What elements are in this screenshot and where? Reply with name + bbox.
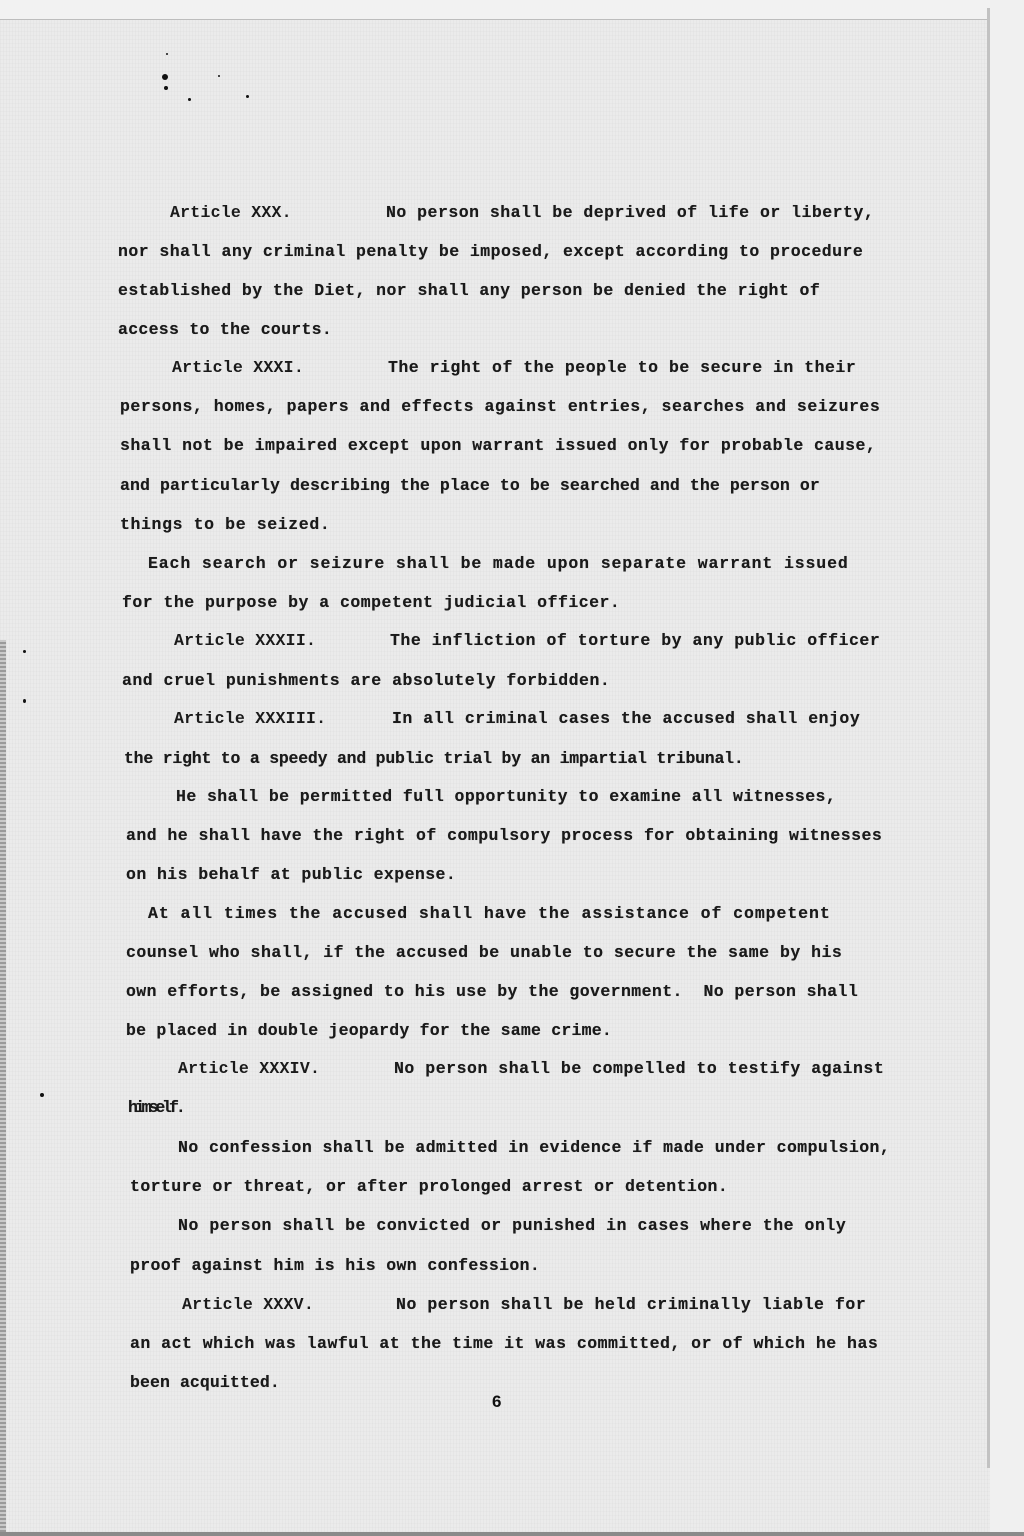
article-xxx-line: No person shall be deprived of life or l… — [386, 203, 874, 223]
article-xxxi-label: Article XXXI. — [172, 358, 304, 378]
article-xxx-label: Article XXX. — [170, 203, 292, 223]
article-xxxiv-label: Article XXXIV. — [178, 1059, 320, 1079]
article-xxxii-line: The infliction of torture by any public … — [390, 631, 880, 651]
article-xxxiv-paragraph-line: proof against him is his own confession. — [130, 1256, 540, 1276]
article-xxxiii-paragraph-line: At all times the accused shall have the … — [148, 904, 831, 924]
article-xxxiii-label: Article XXXIII. — [174, 709, 326, 729]
article-xxxv-line: an act which was lawful at the time it w… — [130, 1334, 878, 1354]
article-xxxiv-paragraph-line: torture or threat, or after prolonged ar… — [130, 1177, 728, 1197]
article-xxxiii-line: the right to a speedy and public trial b… — [124, 749, 744, 769]
article-xxxi-paragraph-line: Each search or seizure shall be made upo… — [148, 554, 849, 574]
article-xxxi-line: The right of the people to be secure in … — [388, 358, 856, 378]
article-xxxiv-line: himself. — [128, 1098, 183, 1118]
article-xxxiii-line: In all criminal cases the accused shall … — [392, 709, 860, 729]
article-xxxiii-paragraph-line: be placed in double jeopardy for the sam… — [126, 1021, 612, 1041]
article-xxxi-line: things to be seized. — [120, 515, 330, 535]
article-xxxi-paragraph-line: for the purpose by a competent judicial … — [122, 593, 620, 613]
article-xxxiii-paragraph-line: counsel who shall, if the accused be una… — [126, 943, 842, 963]
article-xxxv-line: No person shall be held criminally liabl… — [396, 1295, 866, 1315]
article-xxxi-line: and particularly describing the place to… — [120, 476, 820, 496]
article-xxxiv-paragraph-line: No person shall be convicted or punished… — [178, 1216, 846, 1236]
article-xxxv-line: been acquitted. — [130, 1373, 280, 1393]
article-xxx-line: access to the courts. — [118, 320, 332, 340]
article-xxx-line: established by the Diet, nor shall any p… — [118, 281, 820, 301]
article-xxxiii-paragraph-line: own efforts, be assigned to his use by t… — [126, 982, 858, 1002]
document-page: Article XXX. No person shall be deprived… — [0, 0, 1024, 1536]
article-xxxii-label: Article XXXII. — [174, 631, 316, 651]
article-xxx-line: nor shall any criminal penalty be impose… — [118, 242, 863, 262]
article-xxxiii-paragraph-line: He shall be permitted full opportunity t… — [176, 787, 836, 807]
article-xxxi-line: persons, homes, papers and effects again… — [120, 397, 880, 417]
article-xxxiii-paragraph-line: and he shall have the right of compulsor… — [126, 826, 882, 846]
article-xxxiv-line: No person shall be compelled to testify … — [394, 1059, 884, 1079]
article-xxxiv-paragraph-line: No confession shall be admitted in evide… — [178, 1138, 890, 1158]
article-xxxv-label: Article XXXV. — [182, 1295, 314, 1315]
article-xxxii-line: and cruel punishments are absolutely for… — [122, 671, 610, 691]
article-xxxiii-paragraph-line: on his behalf at public expense. — [126, 865, 456, 885]
page-number: 6 — [492, 1392, 501, 1412]
article-xxxi-line: shall not be impaired except upon warran… — [120, 436, 876, 456]
